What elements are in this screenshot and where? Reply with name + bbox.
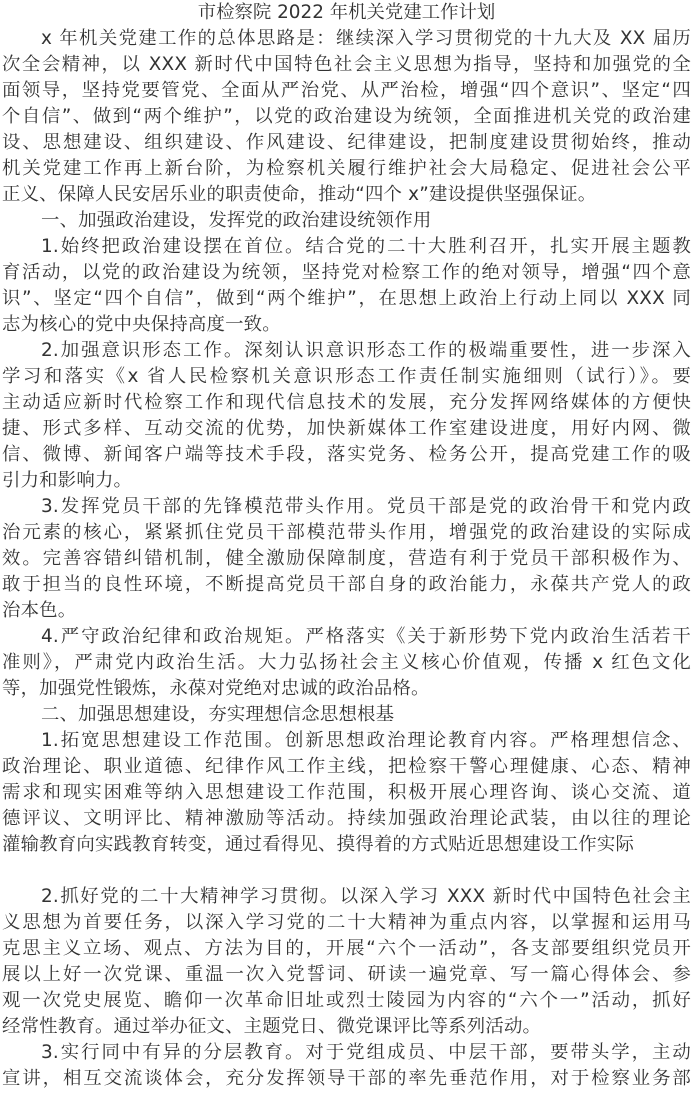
section-heading: 一、加强政治建设，发挥党的政治建设统领作用 (2, 208, 691, 234)
text-line: 次全会精神，以 XXX 新时代中国特色社会主义思想为指导，坚持和加强党的全 (2, 52, 691, 78)
text-line: 效。完善容错纠错机制，健全激励保障制度，营造有利于党员干部积极作为、 (2, 546, 691, 572)
section-heading: 二、加强思想建设，夯实理想信念思想根基 (2, 702, 691, 728)
text-line: 志为核心的党中央保持高度一致。 (2, 312, 691, 338)
text-line: 信、微博、新闻客户端等技术手段，落实党务、检务公开，提高党建工作的吸 (2, 442, 691, 468)
document-page: 市检察院 2022 年机关党建工作计划 x 年机关党建工作的总体思路是：继续深入… (0, 0, 693, 1092)
text-line: 育活动，以党的政治建设为统领，坚持党对检察工作的绝对领导，增强“四个意 (2, 260, 691, 286)
text-line: 识”、坚定“四个自信”，做到“两个维护”，在思想上政治上行动上同以 XXX 同 (2, 286, 691, 312)
text-line: 需求和现实困难等纳入思想建设工作范围，积极开展心理咨询、谈心交流、道 (2, 780, 691, 806)
text-line: 等，加强党性锻炼，永葆对党绝对忠诚的政治品格。 (2, 676, 691, 702)
text-line: 引力和影响力。 (2, 468, 691, 494)
text-line: 观一次党史展览、瞻仰一次革命旧址或烈士陵园为内容的“六个一”活动，抓好 (2, 988, 691, 1014)
body-paragraph: 3.实行同中有异的分层教育。对于党组成员、中层干部，要带头学，主动宣讲，相互交流… (2, 1040, 691, 1092)
body-paragraph: 4.严守政治纪律和政治规矩。严格落实《关于新形势下党内政治生活若干准则》，严肃党… (2, 624, 691, 702)
text-line: 义思想为首要任务，以深入学习党的二十大精神为重点内容，以掌握和运用马 (2, 910, 691, 936)
text-line: 灌输教育向实践教育转变，通过看得见、摸得着的方式贴近思想建设工作实际 (2, 832, 691, 858)
text-line: 政治理论、职业道德、纪律作风工作主线，把检察干警心理健康、心态、精神 (2, 754, 691, 780)
text-line: 主动适应新时代检察工作和现代信息技术的发展，充分发挥网络媒体的方便快 (2, 390, 691, 416)
text-line: 宣讲，相互交流谈体会，充分发挥领导干部的率先垂范作用，对于检察业务部 (2, 1066, 691, 1092)
body-paragraph: 2.抓好党的二十大精神学习贯彻。以深入学习 XXX 新时代中国特色社会主义思想为… (2, 884, 691, 1040)
text-line: 一、加强政治建设，发挥党的政治建设统领作用 (2, 208, 691, 234)
text-line: 德评议、文明评比、精神激励等活动。持续加强政治理论武装，由以往的理论 (2, 806, 691, 832)
text-line: 1.始终把政治建设摆在首位。结合党的二十大胜利召开，扎实开展主题教 (2, 234, 691, 260)
text-line: 2.抓好党的二十大精神学习贯彻。以深入学习 XXX 新时代中国特色社会主 (2, 884, 691, 910)
text-line: 克思主义立场、观点、方法为目的，开展“六个一活动”，各支部要组织党员开 (2, 936, 691, 962)
document-title: 市检察院 2022 年机关党建工作计划 (2, 0, 691, 26)
text-line: 4.严守政治纪律和政治规矩。严格落实《关于新形势下党内政治生活若干 (2, 624, 691, 650)
text-line: 3.实行同中有异的分层教育。对于党组成员、中层干部，要带头学，主动 (2, 1040, 691, 1066)
text-line: 个自信”、做到“两个维护”，以党的政治建设为统领，全面推进机关党的政治建 (2, 104, 691, 130)
text-line: 机关党建工作再上新台阶，为检察机关履行维护社会大局稳定、促进社会公平 (2, 156, 691, 182)
text-line: 捷、形式多样、互动交流的优势，加快新媒体工作室建设进度，用好内网、微 (2, 416, 691, 442)
text-line: 面领导，坚持党要管党、全面从严治党、从严治检，增强“四个意识”、坚定“四 (2, 78, 691, 104)
text-line: 经常性教育。通过举办征文、主题党日、微党课评比等系列活动。 (2, 1014, 691, 1040)
text-line: 正义、保障人民安居乐业的职责使命，推动“四个 x”建设提供坚强保证。 (2, 182, 691, 208)
text-line: 2.加强意识形态工作。深刻认识意识形态工作的极端重要性，进一步深入 (2, 338, 691, 364)
text-line: 学习和落实《x 省人民检察机关意识形态工作责任制实施细则（试行）》。要 (2, 364, 691, 390)
text-line: x 年机关党建工作的总体思路是：继续深入学习贯彻党的十九大及 XX 届历 (2, 26, 691, 52)
text-line: 设、思想建设、组织建设、作风建设、纪律建设，把制度建设贯彻始终，推动 (2, 130, 691, 156)
text-line: 二、加强思想建设，夯实理想信念思想根基 (2, 702, 691, 728)
text-line: 1.拓宽思想建设工作范围。创新思想政治理论教育内容。严格理想信念、 (2, 728, 691, 754)
text-line: 展以上好一次党课、重温一次入党誓词、研读一遍党章、写一篇心得体会、参 (2, 962, 691, 988)
blank-line (2, 858, 691, 884)
body-paragraph: 1.拓宽思想建设工作范围。创新思想政治理论教育内容。严格理想信念、政治理论、职业… (2, 728, 691, 884)
document-body: x 年机关党建工作的总体思路是：继续深入学习贯彻党的十九大及 XX 届历次全会精… (2, 26, 691, 1092)
body-paragraph: 3.发挥党员干部的先锋模范带头作用。党员干部是党的政治骨干和党内政治元素的核心，… (2, 494, 691, 624)
text-line: 准则》，严肃党内政治生活。大力弘扬社会主义核心价值观，传播 x 红色文化 (2, 650, 691, 676)
body-paragraph: 1.始终把政治建设摆在首位。结合党的二十大胜利召开，扎实开展主题教育活动，以党的… (2, 234, 691, 338)
body-paragraph: x 年机关党建工作的总体思路是：继续深入学习贯彻党的十九大及 XX 届历次全会精… (2, 26, 691, 208)
body-paragraph: 2.加强意识形态工作。深刻认识意识形态工作的极端重要性，进一步深入学习和落实《x… (2, 338, 691, 494)
text-line: 3.发挥党员干部的先锋模范带头作用。党员干部是党的政治骨干和党内政 (2, 494, 691, 520)
text-line: 敢于担当的良性环境，不断提高党员干部自身的政治能力，永葆共产党人的政 (2, 572, 691, 598)
text-line: 治本色。 (2, 598, 691, 624)
text-line: 治元素的核心，紧紧抓住党员干部模范带头作用，增强党的政治建设的实际成 (2, 520, 691, 546)
